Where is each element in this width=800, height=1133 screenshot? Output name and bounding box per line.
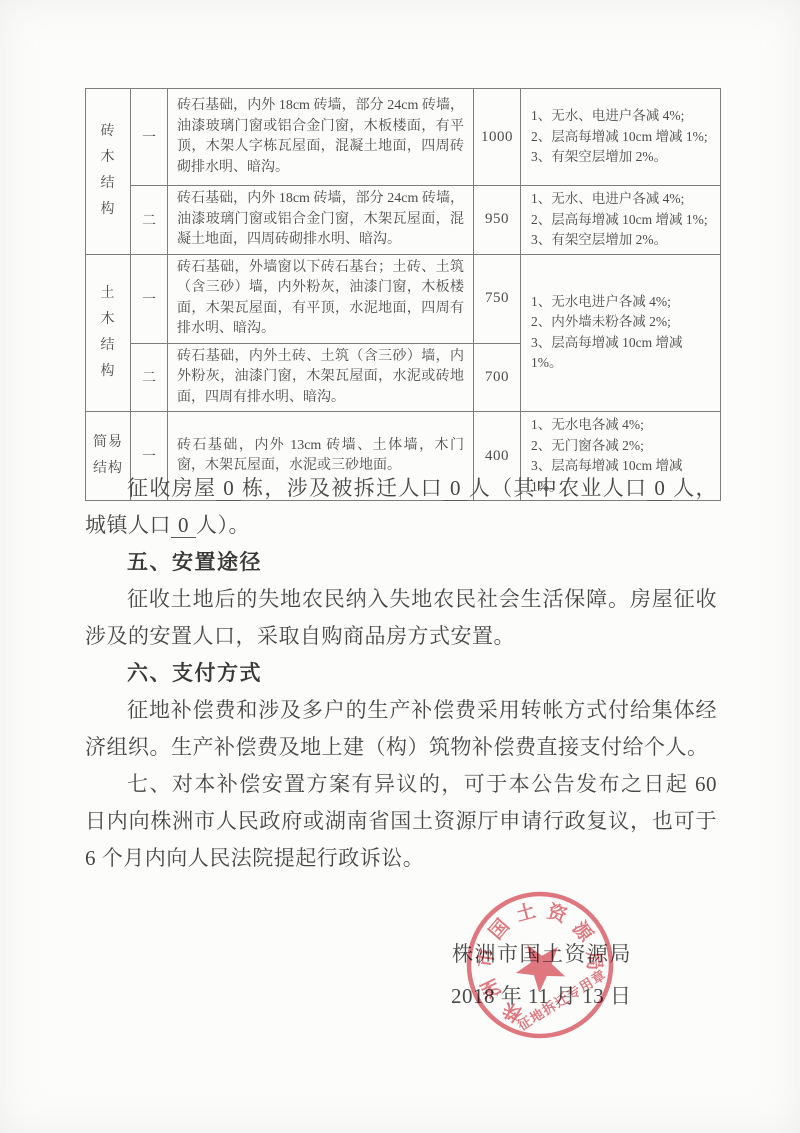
houses-seg3: 人（其中农业人口 (468, 476, 647, 500)
structure-type-earth-wood: 土 木 结 构 (86, 254, 131, 412)
grade-cell: 一 (131, 89, 168, 186)
official-seal: 株洲市国土资源局 征地拆迁专用章 (430, 855, 650, 1075)
structure-description: 砖石基础，内外 18cm 砖墙，部分 24cm 砖墙，油漆玻璃门窗或铝合金门窗，… (168, 186, 474, 255)
value-agricultural-population: 0 (647, 476, 672, 501)
seal-arc-char: 源 (568, 917, 598, 946)
compensation-rate-table: 砖 木 结 构 一 砖石基础，内外 18cm 砖墙，部分 24cm 砖墙，油漆玻… (85, 88, 721, 501)
price-cell: 750 (474, 254, 521, 343)
price-cell: 950 (474, 186, 521, 255)
price-cell: 1000 (474, 89, 521, 186)
seal-arc-char: 土 (514, 899, 538, 926)
houses-seg2: 栋，涉及被拆迁人口 (241, 476, 443, 500)
structure-description: 砖石基础，内外 18cm 砖墙，部分 24cm 砖墙，油漆玻璃门窗或铝合金门窗，… (168, 89, 474, 186)
adjustment-notes: 1、无水电进户各减 4%; 2、内外墙未粉各减 2%; 3、层高每增减 10cm… (521, 254, 721, 412)
seal-arc-char: 局 (582, 950, 605, 971)
structure-description: 砖石基础，内外土砖、土筑（含三砂）墙，内外粉灰，油漆门窗，木架瓦屋面，水泥或砖地… (168, 343, 474, 412)
seal-star-icon (506, 932, 573, 998)
adjustment-notes: 1、无水、电进户各减 4%; 2、层高每增减 10cm 增减 1%; 3、有架空… (521, 89, 721, 186)
value-houses-count: 0 (216, 476, 241, 501)
paragraph-payment: 征地补偿费和涉及多户的生产补偿费采用转帐方式付给集体经济组织。生产补偿费及地上建… (85, 692, 717, 766)
table-row: 砖 木 结 构 一 砖石基础，内外 18cm 砖墙，部分 24cm 砖墙，油漆玻… (86, 89, 721, 186)
section-heading-resettlement: 五、安置途径 (85, 544, 717, 581)
body-text: 征收房屋0栋，涉及被拆迁人口0人（其中农业人口0人，城镇人口0人）。 五、安置途… (85, 470, 717, 877)
houses-seg1: 征收房屋 (127, 476, 216, 500)
grade-cell: 一 (131, 254, 168, 343)
value-urban-population: 0 (171, 513, 196, 538)
seal-arc-char: 市 (473, 947, 498, 969)
grade-cell: 二 (131, 343, 168, 412)
document-page: 砖 木 结 构 一 砖石基础，内外 18cm 砖墙，部分 24cm 砖墙，油漆玻… (0, 0, 800, 1133)
price-cell: 700 (474, 343, 521, 412)
table-row: 二 砖石基础，内外 18cm 砖墙，部分 24cm 砖墙，油漆玻璃门窗或铝合金门… (86, 186, 721, 255)
paragraph-resettlement: 征收土地后的失地农民纳入失地农民社会生活保障。房屋征收涉及的安置人口，采取自购商… (85, 581, 717, 655)
paragraph-houses-count: 征收房屋0栋，涉及被拆迁人口0人（其中农业人口0人，城镇人口0人）。 (85, 470, 717, 544)
value-relocated-population: 0 (443, 476, 468, 501)
seal-arc-char: 资 (545, 899, 571, 927)
seal-arc-char: 国 (485, 915, 514, 944)
houses-seg5: 人）。 (196, 513, 250, 537)
adjustment-notes: 1、无水、电进户各减 4%; 2、层高每增减 10cm 增减 1%; 3、有架空… (521, 186, 721, 255)
structure-type-brick-wood: 砖 木 结 构 (86, 89, 131, 255)
section-heading-payment: 六、支付方式 (85, 655, 717, 692)
grade-cell: 二 (131, 186, 168, 255)
table-row: 土 木 结 构 一 砖石基础，外墙窗以下砖石基台；土砖、土筑（含三砂）墙，内外粉… (86, 254, 721, 343)
structure-description: 砖石基础，外墙窗以下砖石基台；土砖、土筑（含三砂）墙，内外粉灰，油漆门窗，木板楼… (168, 254, 474, 343)
seal-arc-char: 洲 (477, 975, 505, 1002)
